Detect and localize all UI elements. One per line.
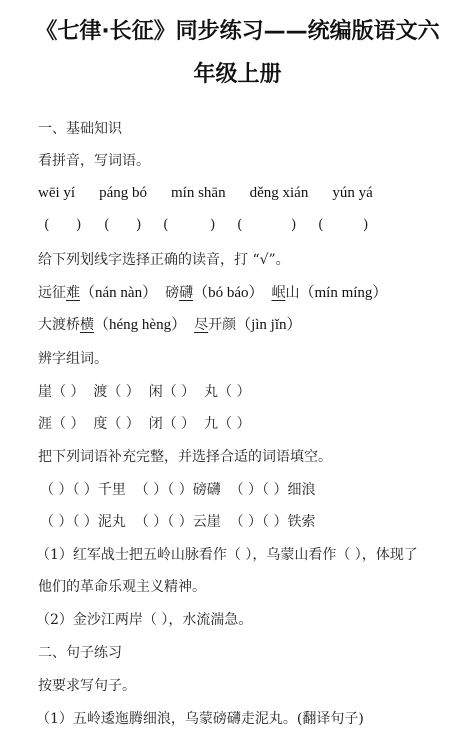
blank-1-open[interactable]: (	[44, 217, 49, 233]
q4-row-1: （ ）（ ）千里 （ ）（ ）磅礴 （ ）（ ）细浪	[40, 481, 316, 499]
q4-sentence-1-line-1: （1）红军战士把五岭山脉看作（ ），乌蒙山看作（ ），体现了	[36, 546, 418, 564]
underlined-char: 尽	[194, 317, 208, 333]
word-suffix: 山	[286, 285, 300, 301]
q4-sentence-2: （2）金沙江两岸（ ），水流湍急。	[36, 611, 252, 629]
underlined-char: 难	[66, 285, 80, 301]
pinyin-3: mín shān	[171, 185, 226, 201]
title-line-2: 年级上册	[0, 57, 475, 88]
blank-2-open[interactable]: (	[104, 217, 109, 233]
blank-4-close[interactable]: )	[291, 217, 296, 233]
q2-instruction: 给下列划线字选择正确的读音，打 “√”。	[38, 251, 290, 269]
word-suffix: 开颜	[208, 317, 236, 333]
word-prefix: 磅	[165, 285, 179, 301]
word-prefix: 远征	[38, 285, 66, 301]
underlined-char: 横	[80, 317, 94, 333]
blank-1-close[interactable]: )	[76, 217, 81, 233]
q2-row-1: 远征难（nán nàn）磅礴（bó báo）岷山（mín míng）	[38, 284, 387, 302]
section-2-heading: 二、句子练习	[38, 644, 122, 662]
pinyin-options[interactable]: （héng hèng）	[94, 317, 186, 333]
pinyin-5: yún yá	[332, 185, 372, 201]
pinyin-options[interactable]: （bó báo）	[193, 285, 263, 301]
blank-4-open[interactable]: (	[237, 217, 242, 233]
underlined-char: 岷	[272, 285, 286, 301]
pinyin-options[interactable]: （jìn jǐn）	[236, 317, 301, 333]
section-1-heading: 一、基础知识	[38, 120, 122, 138]
q3-row-2: 涯（ ） 度（ ） 闭（ ） 九（ ）	[38, 415, 251, 433]
section-2-sentence-1: （1）五岭逶迤腾细浪，乌蒙磅礴走泥丸。(翻译句子)	[36, 710, 364, 728]
pinyin-2: páng bó	[99, 185, 147, 201]
pinyin-options[interactable]: （mín míng）	[300, 285, 388, 301]
q3-row-1: 崖（ ） 渡（ ） 闲（ ） 丸（ ）	[38, 383, 251, 401]
section-2-instruction: 按要求写句子。	[38, 677, 136, 695]
q4-instruction: 把下列词语补充完整，并选择合适的词语填空。	[38, 448, 332, 466]
pinyin-options[interactable]: （nán nàn）	[80, 285, 157, 301]
title-line-1: 《七律·长征》同步练习——统编版语文六	[0, 14, 475, 45]
blank-5-open[interactable]: (	[318, 217, 323, 233]
pinyin-4: děng xián	[250, 185, 309, 201]
word-prefix: 大渡桥	[38, 317, 80, 333]
blank-2-close[interactable]: )	[136, 217, 141, 233]
q1-instruction: 看拼音，写词语。	[38, 152, 150, 170]
pinyin-row: wēi yípáng bómín shānděng xiányún yá	[38, 184, 373, 202]
blank-5-close[interactable]: )	[363, 217, 368, 233]
underlined-char: 礴	[179, 285, 193, 301]
q3-instruction: 辨字组词。	[38, 350, 108, 368]
pinyin-1: wēi yí	[38, 185, 75, 201]
q4-sentence-1-line-2: 他们的革命乐观主义精神。	[38, 578, 206, 596]
blank-3-close[interactable]: )	[210, 217, 215, 233]
blank-3-open[interactable]: (	[163, 217, 168, 233]
q2-row-2: 大渡桥横（héng hèng）尽开颜（jìn jǐn）	[38, 316, 302, 334]
q4-row-2: （ ）（ ）泥丸 （ ）（ ）云崖 （ ）（ ）铁索	[40, 513, 316, 531]
